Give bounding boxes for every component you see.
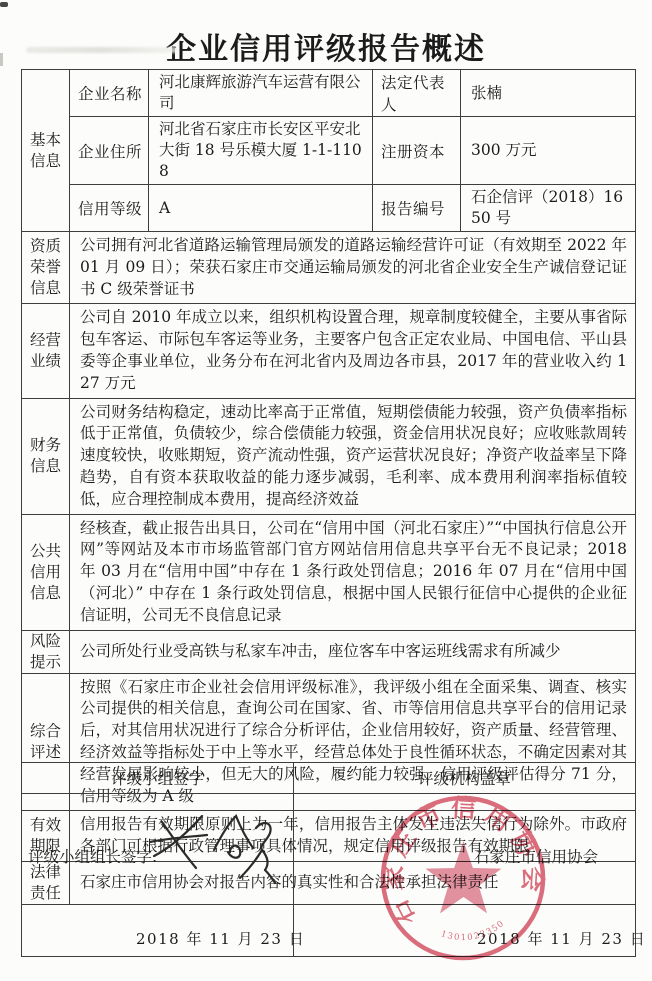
field-value-company-address: 河北省石家庄市长安区平安北大街 18 号乐模大厦 1-1-1108 [149, 117, 373, 185]
section-content-financial-info: 公司财务结构稳定，速动比率高于正常值，短期偿债能力较强，资产负债率指标低于正常值… [70, 398, 636, 514]
field-value-legal-representative: 张楠 [461, 70, 636, 117]
table-row: 公共信用信息 经核查，截止报告出具日，公司在“信用中国（河北石家庄）”“中国执行… [22, 514, 636, 630]
table-row: 财务信息 公司财务结构稳定，速动比率高于正常值，短期偿债能力较强，资产负债率指标… [22, 398, 636, 514]
field-label-legal-representative: 法定代表人 [373, 70, 461, 117]
field-value-company-name: 河北康辉旅游汽车运营有限公司 [149, 70, 373, 117]
scan-artifact [26, 47, 178, 53]
section-label-public-credit-info: 公共信用信息 [22, 514, 70, 630]
section-content-risk-warning: 公司所处行业受高铁与私家车冲击，座位客车中客运班线需求有所减少 [70, 630, 636, 673]
section-label-financial-info: 财务信息 [22, 398, 70, 514]
field-value-registered-capital: 300 万元 [461, 117, 636, 185]
page-title: 企业信用评级报告概述 [0, 24, 652, 68]
table-row: 资质荣誉信息 公司拥有河北省道路运输管理局颁发的道路运输经营许可证（有效期至 2… [22, 232, 636, 304]
table-row: 基本信息 企业名称 河北康辉旅游汽车运营有限公司 法定代表人 张楠 [22, 70, 636, 117]
table-row: 风险提示 公司所处行业受高铁与私家车冲击，座位客车中客运班线需求有所减少 [22, 630, 636, 673]
section-content-business-performance: 公司自 2010 年成立以来，组织机构设置合理，规章制度较健全，主要从事省际包车… [70, 304, 636, 398]
section-label-basic-info: 基本信息 [22, 70, 70, 232]
table-row: 经营业绩 公司自 2010 年成立以来，组织机构设置合理，规章制度较健全，主要从… [22, 304, 636, 398]
agency-seal-date: 2018 年 11 月 23 日 [477, 928, 646, 949]
section-label-business-performance: 经营业绩 [22, 304, 70, 398]
team-signature-date: 2018 年 11 月 23 日 [136, 928, 305, 949]
field-value-report-number: 石企信评（2018）1650 号 [461, 185, 636, 232]
field-value-credit-rating: A [149, 185, 373, 232]
team-leader-signature-label: 评级小组组长签字: [28, 845, 157, 867]
section-content-public-credit-info: 经核查，截止报告出具日，公司在“信用中国（河北石家庄）”“中国执行信息公开网”等… [70, 514, 636, 630]
field-label-registered-capital: 注册资本 [373, 117, 461, 185]
field-label-company-name: 企业名称 [70, 70, 149, 117]
section-label-qualifications-honors: 资质荣誉信息 [22, 232, 70, 304]
handwritten-signature [146, 806, 278, 892]
field-label-credit-rating: 信用等级 [70, 185, 149, 232]
section-content-qualifications-honors: 公司拥有河北省道路运输管理局颁发的道路运输经营许可证（有效期至 2022 年 0… [70, 232, 636, 304]
scan-artifact [0, 53, 3, 66]
table-row: 企业住所 河北省石家庄市长安区平安北大街 18 号乐模大厦 1-1-1108 注… [22, 117, 636, 185]
scan-artifact [0, 2, 8, 7]
field-label-company-address: 企业住所 [70, 117, 149, 185]
table-row: 信用等级 A 报告编号 石企信评（2018）1650 号 [22, 185, 636, 232]
field-label-report-number: 报告编号 [373, 185, 461, 232]
agency-name-text: 石家庄市信用协会 [474, 845, 598, 867]
report-page: 企业信用评级报告概述 基本信息 企业名称 河北康辉旅游汽车运营有限公司 法定代表… [0, 0, 652, 981]
section-label-risk-warning: 风险提示 [22, 630, 70, 673]
team-signature-header: 评级小组签字 [22, 763, 294, 794]
